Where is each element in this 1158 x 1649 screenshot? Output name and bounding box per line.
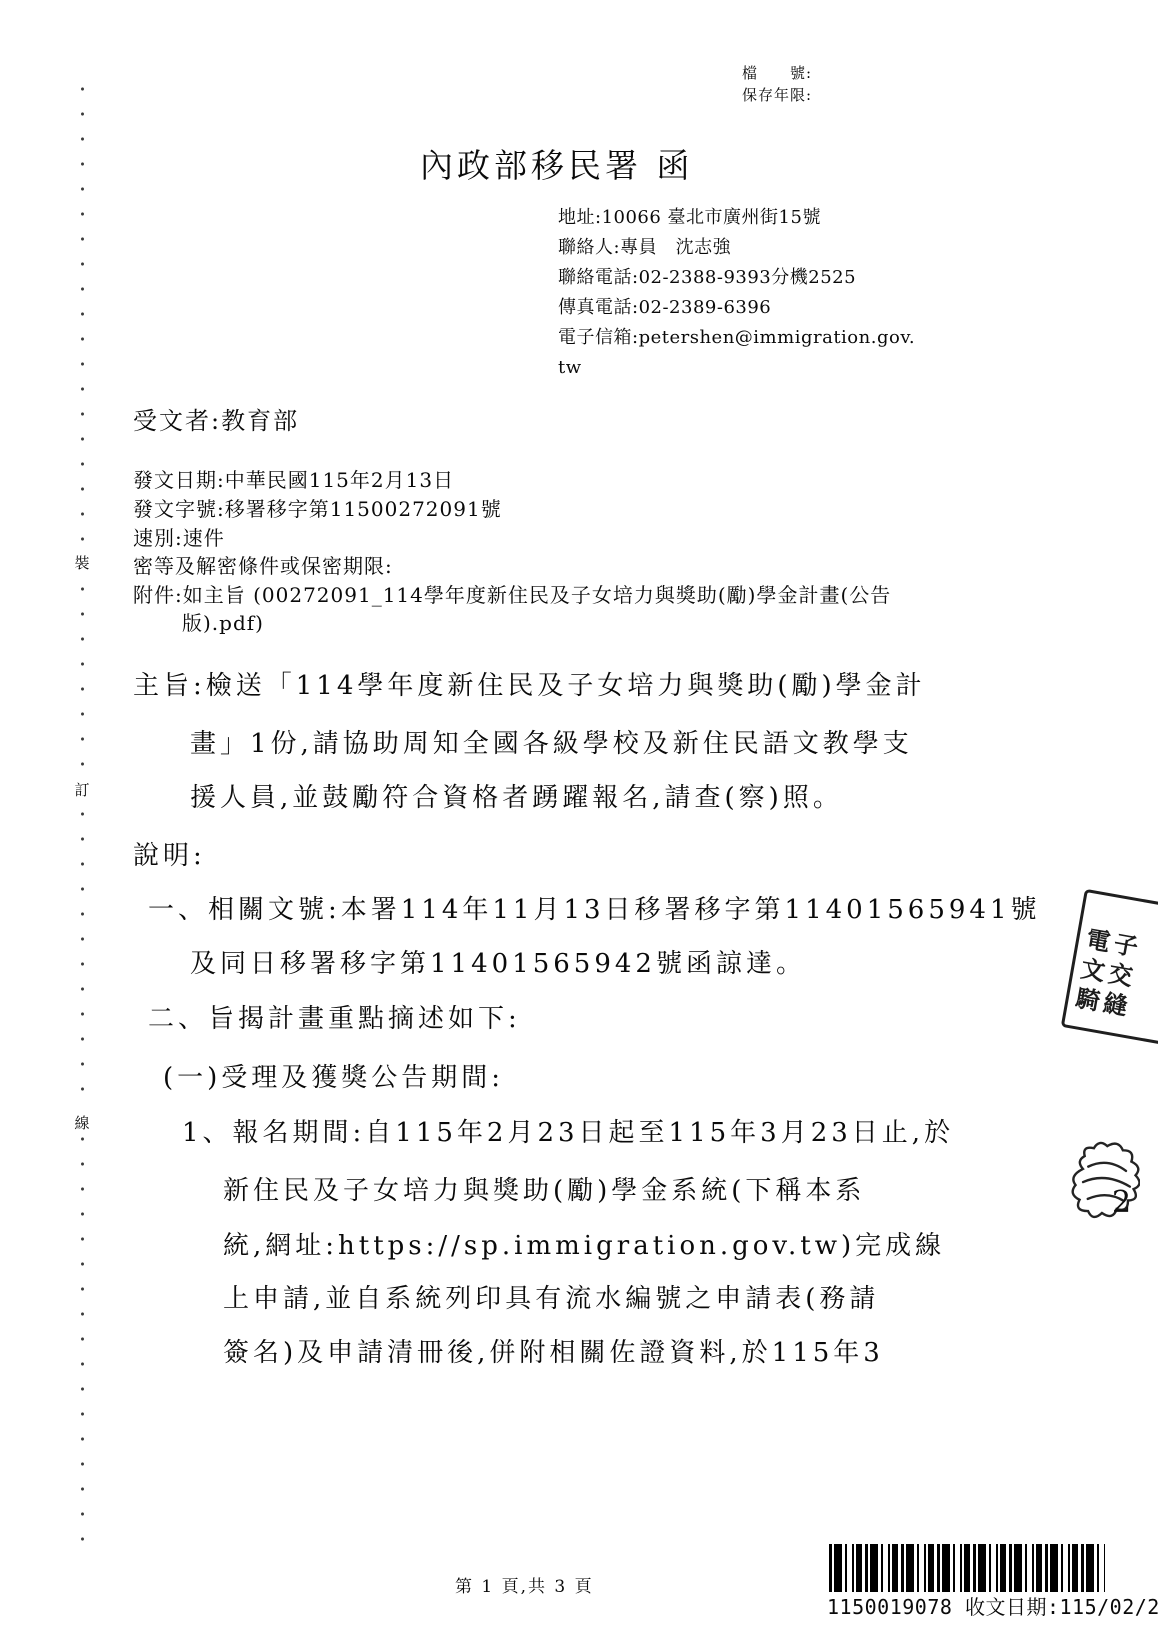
sender-info-block: 地址:10066 臺北市廣州街15號 聯絡人:專員 沈志強 聯絡電話:02-23… (558, 203, 915, 383)
explanation-item-2-1-1-line-1: 1、報名期間:自115年2月23日起至115年3月23日止,於 (182, 1119, 954, 1149)
sender-email-line1: 電子信箱:petershen@immigration.gov. (558, 323, 915, 353)
received-document-barcode (829, 1544, 1105, 1592)
retention-period-label: 保存年限: (742, 84, 812, 106)
sender-email-line2: tw (558, 353, 915, 383)
explanation-item-2-1-1-line-5: 簽名)及申請清冊後,併附相關佐證資料,於115年3 (223, 1339, 884, 1369)
binding-mark-zhuang: 裝 (72, 552, 92, 575)
explanation-item-2-1-1-line-3: 統,網址:https://sp.immigration.gov.tw)完成線 (223, 1232, 945, 1262)
doc-number-line: 發文字號:移署移字第11500272091號 (133, 498, 502, 521)
explanation-item-2-1-heading: (一)受理及獲獎公告期間: (163, 1064, 504, 1094)
archive-labels: 檔 號: 保存年限: (742, 62, 812, 106)
sender-fax: 傳真電話:02-2389-6396 (558, 293, 915, 323)
attachment-line: 附件:如主旨 (00272091_114學年度新住民及子女培力與獎助(勵)學金計… (133, 584, 891, 607)
explanation-label: 說明: (133, 842, 206, 872)
binding-mark-xian: 線 (72, 1112, 92, 1135)
electronic-exchange-seam-stamp: 電 子 文 交 騎 縫 (1061, 889, 1158, 1047)
speed-level-line: 速別:速件 (133, 527, 225, 550)
barcode-label: 1150019078 收文日期:115/02/23 (827, 1596, 1158, 1619)
explanation-item-2-1-1-line-4: 上申請,並自系統列印具有流水編號之申請表(務請 (223, 1285, 879, 1315)
subject-line-3: 援人員,並鼓勵符合資格者踴躍報名,請查(察)照。 (190, 784, 843, 814)
file-number-label: 檔 號: (742, 62, 812, 84)
binding-mark-ding: 訂 (72, 779, 92, 802)
seal-number-text: 2 (1112, 1185, 1131, 1220)
seam-stamp-char: 騎 (1072, 984, 1103, 1018)
recipient-line: 受文者:教育部 (133, 408, 299, 436)
sender-phone: 聯絡電話:02-2388-9393分機2525 (558, 263, 915, 293)
document-page: 檔 號: 保存年限: 內政部移民署 函 地址:10066 臺北市廣州街15號 聯… (0, 0, 1158, 1649)
subject-line-2: 畫」1份,請協助周知全國各級學校及新住民語文教學支 (190, 730, 913, 760)
sender-contact-person: 聯絡人:專員 沈志強 (558, 233, 915, 263)
explanation-item-2-1-1-line-2: 新住民及子女培力與獎助(勵)學金系統(下稱本系 (223, 1177, 865, 1207)
security-level-line: 密等及解密條件或保密期限: (133, 555, 393, 578)
attachment-line-continued: 版).pdf) (182, 612, 264, 635)
subject-line-1: 主旨:檢送「114學年度新住民及子女培力與獎助(勵)學金計 (133, 672, 926, 702)
page-number-info: 第 1 頁,共 3 頁 (455, 1578, 594, 1598)
issue-date-line: 發文日期:中華民國115年2月13日 (133, 469, 454, 492)
scalloped-seal-shape: 2 (1068, 1140, 1140, 1228)
explanation-item-1-line-2: 及同日移署移字第11401565942號函諒達。 (190, 950, 806, 980)
page-number-seal: 2 (1068, 1140, 1140, 1232)
explanation-item-2: 二、旨揭計畫重點摘述如下: (148, 1005, 521, 1035)
document-title: 內政部移民署 函 (420, 147, 694, 185)
binding-dotted-line (81, 86, 84, 1548)
seam-stamp-char: 縫 (1100, 989, 1131, 1023)
sender-address: 地址:10066 臺北市廣州街15號 (558, 203, 915, 233)
explanation-item-1-line-1: 一、相關文號:本署114年11月13日移署移字第11401565941號 (148, 896, 1041, 926)
